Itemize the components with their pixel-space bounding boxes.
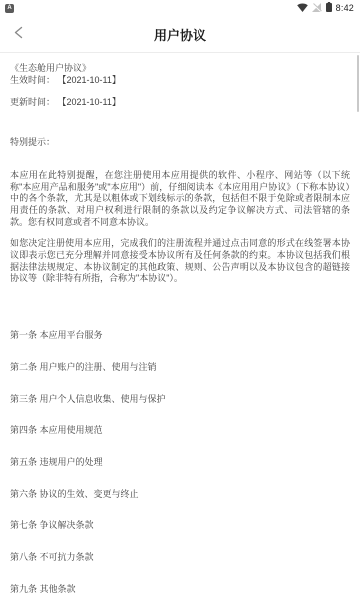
clause-item: 第三条 用户个人信息收集、使用与保护 (10, 394, 350, 406)
clause-item: 第四条 本应用使用规范 (10, 425, 350, 437)
clause-item: 第二条 用户账户的注册、使用与注销 (10, 362, 350, 374)
battery-icon (326, 0, 332, 17)
back-button[interactable] (6, 22, 30, 46)
clause-item: 第八条 不可抗力条款 (10, 552, 350, 564)
nav-bar: 用户协议 (0, 16, 360, 53)
clause-item: 第六条 协议的生效、变更与终止 (10, 489, 350, 501)
agreement-header: 《生态舱用户协议》 生效时间： 【2021-10-11】 (10, 63, 350, 86)
scrollbar-thumb[interactable] (357, 55, 359, 112)
clause-list: 第一条 本应用平台服务 第二条 用户账户的注册、使用与注销 第三条 用户个人信息… (10, 330, 350, 595)
notice-paragraph-2: 如您决定注册使用本应用，完成我们的注册流程并通过点击同意的形式在线签署本协议即表… (10, 238, 350, 285)
notification-app-icon: A (5, 4, 14, 13)
clause-item: 第一条 本应用平台服务 (10, 330, 350, 342)
agreement-title: 《生态舱用户协议》 (10, 63, 350, 75)
agreement-content: 《生态舱用户协议》 生效时间： 【2021-10-11】 更新时间： 【2021… (0, 53, 360, 595)
chevron-left-icon (13, 26, 24, 42)
clause-item: 第七条 争议解决条款 (10, 520, 350, 532)
wifi-icon (297, 0, 308, 17)
page-title: 用户协议 (154, 25, 206, 44)
special-notice-label: 特别提示： (10, 137, 350, 149)
status-icons: 8:42 (297, 0, 354, 17)
status-time: 8:42 (336, 3, 354, 13)
effective-date-line: 生效时间： 【2021-10-11】 (10, 75, 350, 87)
update-date-line: 更新时间： 【2021-10-11】 (10, 97, 350, 109)
no-signal-icon (312, 0, 322, 17)
status-bar: A 8:42 (0, 0, 360, 16)
clause-item: 第九条 其他条款 (10, 584, 350, 596)
clause-item: 第五条 违规用户的处理 (10, 457, 350, 469)
notice-paragraph-1: 本应用在此特别提醒，在您注册使用本应用提供的软件、小程序、网站等（以下统称"本应… (10, 170, 350, 229)
